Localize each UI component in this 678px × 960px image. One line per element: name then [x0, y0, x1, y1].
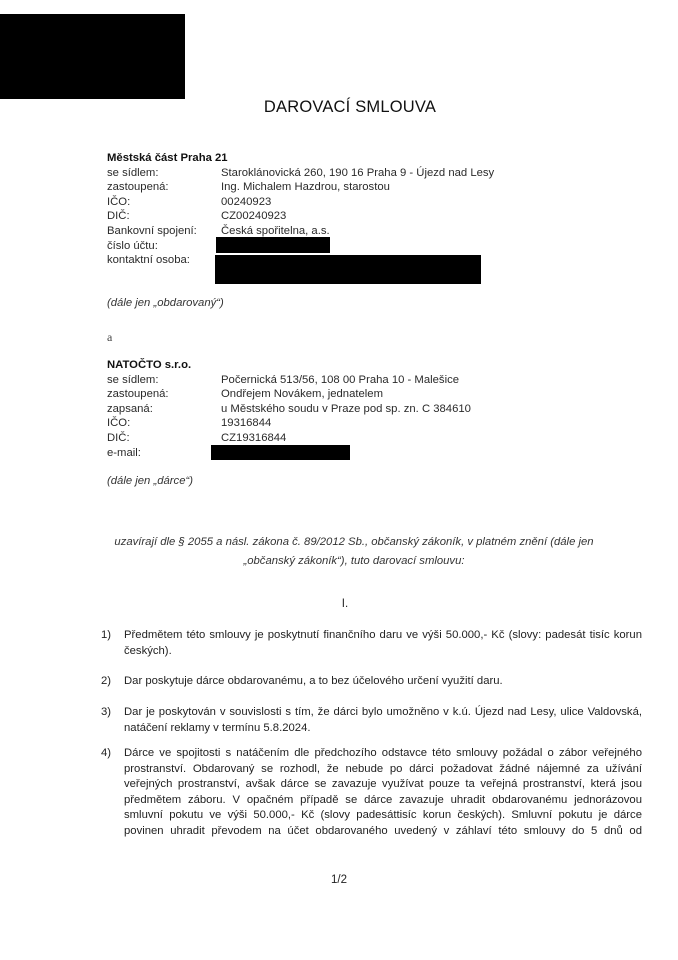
page-number: 1/2: [0, 874, 678, 886]
donor-field: e-mail:: [107, 446, 471, 461]
clause-number: 1): [101, 628, 111, 644]
recipient-field: se sídlem:Staroklánovická 260, 190 16 Pr…: [107, 166, 494, 181]
donor-field: IČO:19316844: [107, 416, 471, 431]
clause-text: Dárce ve spojitosti s natáčením dle před…: [124, 746, 642, 839]
donor-field: DIČ:CZ19316844: [107, 431, 471, 446]
recipient-alias: (dále jen „obdarovaný“): [107, 297, 224, 309]
clause-number: 3): [101, 705, 111, 721]
clause-1: 1) Předmětem této smlouvy je poskytnutí …: [101, 628, 642, 659]
recipient-name: Městská část Praha 21: [107, 151, 494, 166]
donor-field: zastoupená:Ondřejem Novákem, jednatelem: [107, 387, 471, 402]
clause-2: 2) Dar poskytuje dárce obdarovanému, a t…: [101, 674, 642, 690]
conjunction: a: [107, 330, 112, 345]
clause-4: 4) Dárce ve spojitosti s natáčením dle p…: [101, 746, 642, 839]
clause-number: 2): [101, 674, 111, 690]
recipient-field: kontaktní osoba:: [107, 253, 494, 268]
donor-party: NATOČTO s.r.o. se sídlem:Počernická 513/…: [107, 358, 471, 460]
recipient-field: IČO:00240923: [107, 195, 494, 210]
donor-alias: (dále jen „dárce“): [107, 475, 193, 487]
redaction-header-block: [0, 14, 185, 99]
recipient-field: Bankovní spojení:Česká spořitelna, a.s.: [107, 224, 494, 239]
clause-3: 3) Dar je poskytován v souvislosti s tím…: [101, 705, 642, 736]
donor-field: zapsaná:u Městského soudu v Praze pod sp…: [107, 402, 471, 417]
clause-text: Dar poskytuje dárce obdarovanému, a to b…: [124, 674, 642, 690]
clause-text: Předmětem této smlouvy je poskytnutí fin…: [124, 628, 642, 659]
clause-text: Dar je poskytován v souvislosti s tím, ž…: [124, 705, 642, 736]
donor-name: NATOČTO s.r.o.: [107, 358, 471, 373]
clause-number: 4): [101, 746, 111, 762]
section-heading: I.: [0, 598, 678, 610]
donor-field: se sídlem:Počernická 513/56, 108 00 Prah…: [107, 373, 471, 388]
contract-intro: uzavírají dle § 2055 a násl. zákona č. 8…: [112, 533, 596, 571]
recipient-field: DIČ:CZ00240923: [107, 209, 494, 224]
recipient-field: zastoupená:Ing. Michalem Hazdrou, staros…: [107, 180, 494, 195]
recipient-party: Městská část Praha 21 se sídlem:Staroklá…: [107, 151, 494, 268]
recipient-field: číslo účtu:: [107, 239, 494, 254]
document-title: DAROVACÍ SMLOUVA: [0, 98, 678, 117]
